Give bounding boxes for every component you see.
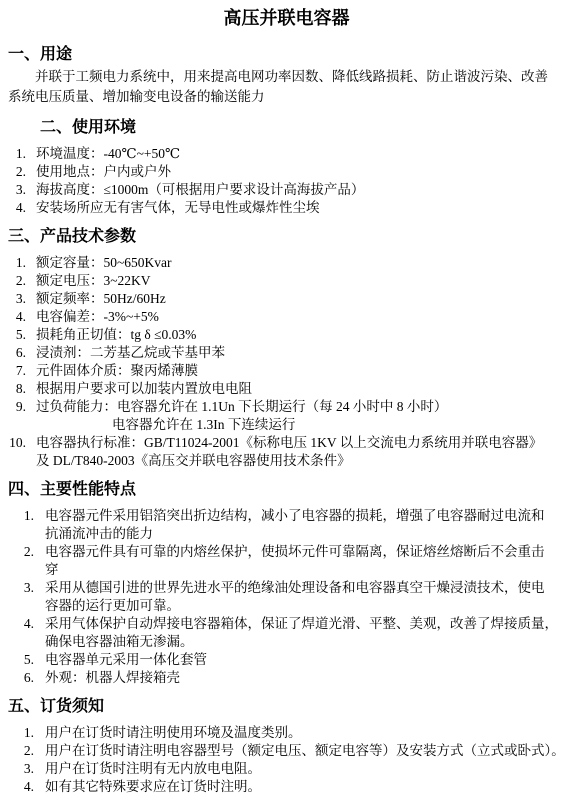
list-item-text: 采用气体保护自动焊接电容器箱体，保证了焊道光滑、平整、美观，改善了焊接质量， 确… bbox=[45, 615, 565, 651]
list-item: 7. 元件固体介质：聚丙烯薄膜 bbox=[8, 362, 565, 380]
parameters-list: 1. 额定容量：50~650Kvar 2. 额定电压：3~22KV 3. 额定频… bbox=[8, 254, 565, 470]
list-item-text: 海拔高度：≤1000m（可根据用户要求设计高海拔产品） bbox=[36, 181, 565, 199]
list-item-number: 6. bbox=[8, 669, 34, 687]
list-item: 10. 电容器执行标准：GB/T11024-2001《标称电压 1KV 以上交流… bbox=[8, 434, 565, 470]
list-item-number: 2. bbox=[8, 163, 26, 181]
list-item-text: 电容器元件采用铝箔突出折边结构，减小了电容器的损耗，增强了电容器耐过电流和 抗涌… bbox=[45, 507, 565, 543]
list-item: 2. 电容器元件具有可靠的内熔丝保护，使损坏元件可靠隔离，保证熔丝熔断后不会重击… bbox=[8, 543, 565, 579]
document-page: 高压并联电容器 一、用途 并联于工频电力系统中，用来提高电网功率因数、降低线路损… bbox=[0, 0, 573, 804]
features-list: 1. 电容器元件采用铝箔突出折边结构，减小了电容器的损耗，增强了电容器耐过电流和… bbox=[8, 507, 565, 687]
list-item: 3. 额定频率：50Hz/60Hz bbox=[8, 290, 565, 308]
list-item-number: 1. bbox=[8, 254, 26, 272]
list-item: 5. 损耗角正切值：tg δ ≤0.03% bbox=[8, 326, 565, 344]
page-title: 高压并联电容器 bbox=[8, 6, 565, 30]
section-parameters: 三、产品技术参数 1. 额定容量：50~650Kvar 2. 额定电压：3~22… bbox=[8, 226, 565, 470]
list-item-number: 3. bbox=[8, 290, 26, 308]
list-item: 1. 额定容量：50~650Kvar bbox=[8, 254, 565, 272]
list-item-number: 3. bbox=[8, 760, 34, 778]
list-item: 9. 过负荷能力：电容器允许在 1.1Un 下长期运行（每 24 小时中 8 小… bbox=[8, 398, 565, 434]
list-item: 1. 用户在订货时请注明使用环境及温度类别。 bbox=[8, 724, 565, 742]
list-item-text: 电容器执行标准：GB/T11024-2001《标称电压 1KV 以上交流电力系统… bbox=[36, 434, 565, 470]
list-item-text: 电容器单元采用一体化套管 bbox=[45, 651, 565, 669]
list-item: 3. 海拔高度：≤1000m（可根据用户要求设计高海拔产品） bbox=[8, 181, 565, 199]
section-purpose: 一、用途 并联于工频电力系统中，用来提高电网功率因数、降低线路损耗、防止谐波污染… bbox=[8, 44, 565, 107]
list-item-text: 额定频率：50Hz/60Hz bbox=[36, 290, 565, 308]
environment-list: 1. 环境温度：-40℃~+50℃ 2. 使用地点：户内或户外 3. 海拔高度：… bbox=[8, 145, 565, 217]
list-item-number: 6. bbox=[8, 344, 26, 362]
list-item-text: 电容偏差：-3%~+5% bbox=[36, 308, 565, 326]
section-features: 四、主要性能特点 1. 电容器元件采用铝箔突出折边结构，减小了电容器的损耗，增强… bbox=[8, 479, 565, 687]
list-item-text: 用户在订货时注明有无内放电电阻。 bbox=[45, 760, 565, 778]
list-item: 1. 电容器元件采用铝箔突出折边结构，减小了电容器的损耗，增强了电容器耐过电流和… bbox=[8, 507, 565, 543]
list-item-text: 外观：机器人焊接箱壳 bbox=[45, 669, 565, 687]
list-item-number: 2. bbox=[8, 272, 26, 290]
list-item-text: 根据用户要求可以加装内置放电电阻 bbox=[36, 380, 565, 398]
list-item-text: 采用从德国引进的世界先进水平的绝缘油处理设备和电容器真空干燥浸渍技术，使电 容器… bbox=[45, 579, 565, 615]
list-item-number: 2. bbox=[8, 543, 34, 579]
ordering-list: 1. 用户在订货时请注明使用环境及温度类别。 2. 用户在订货时请注明电容器型号… bbox=[8, 724, 565, 796]
list-item-number: 3. bbox=[8, 579, 34, 615]
list-item-text: 如有其它特殊要求应在订货时注明。 bbox=[45, 778, 565, 796]
list-item-text: 损耗角正切值：tg δ ≤0.03% bbox=[36, 326, 565, 344]
list-item: 8. 根据用户要求可以加装内置放电电阻 bbox=[8, 380, 565, 398]
list-item-number: 10. bbox=[8, 434, 26, 470]
list-item: 6. 浸渍剂：二芳基乙烷或苄基甲苯 bbox=[8, 344, 565, 362]
list-item-text: 额定电压：3~22KV bbox=[36, 272, 565, 290]
list-item: 3. 采用从德国引进的世界先进水平的绝缘油处理设备和电容器真空干燥浸渍技术，使电… bbox=[8, 579, 565, 615]
list-item: 2. 额定电压：3~22KV bbox=[8, 272, 565, 290]
list-item-text: 环境温度：-40℃~+50℃ bbox=[36, 145, 565, 163]
list-item: 4. 如有其它特殊要求应在订货时注明。 bbox=[8, 778, 565, 796]
list-item-number: 7. bbox=[8, 362, 26, 380]
section-ordering: 五、订货须知 1. 用户在订货时请注明使用环境及温度类别。 2. 用户在订货时请… bbox=[8, 696, 565, 796]
list-item: 1. 环境温度：-40℃~+50℃ bbox=[8, 145, 565, 163]
section-heading-purpose: 一、用途 bbox=[8, 44, 565, 65]
list-item-text: 额定容量：50~650Kvar bbox=[36, 254, 565, 272]
list-item-text: 浸渍剂：二芳基乙烷或苄基甲苯 bbox=[36, 344, 565, 362]
section-heading-parameters: 三、产品技术参数 bbox=[8, 226, 565, 247]
list-item-number: 4. bbox=[8, 308, 26, 326]
list-item-number: 2. bbox=[8, 742, 34, 760]
section-environment: 二、使用环境 1. 环境温度：-40℃~+50℃ 2. 使用地点：户内或户外 3… bbox=[8, 117, 565, 217]
list-item: 4. 安装场所应无有害气体，无导电性或爆炸性尘埃 bbox=[8, 199, 565, 217]
list-item-number: 4. bbox=[8, 778, 34, 796]
list-item-text: 过负荷能力：电容器允许在 1.1Un 下长期运行（每 24 小时中 8 小时） bbox=[36, 398, 565, 416]
list-item-text: 安装场所应无有害气体，无导电性或爆炸性尘埃 bbox=[36, 199, 565, 217]
list-item: 3. 用户在订货时注明有无内放电电阻。 bbox=[8, 760, 565, 778]
list-item: 2. 使用地点：户内或户外 bbox=[8, 163, 565, 181]
list-item-number: 4. bbox=[8, 199, 26, 217]
list-item-text: 电容器元件具有可靠的内熔丝保护，使损坏元件可靠隔离，保证熔丝熔断后不会重击 穿 bbox=[45, 543, 565, 579]
list-item-number: 1. bbox=[8, 145, 26, 163]
list-item-text: 使用地点：户内或户外 bbox=[36, 163, 565, 181]
list-item-number: 1. bbox=[8, 724, 34, 742]
list-item: 4. 采用气体保护自动焊接电容器箱体，保证了焊道光滑、平整、美观，改善了焊接质量… bbox=[8, 615, 565, 651]
section-heading-features: 四、主要性能特点 bbox=[8, 479, 565, 500]
section-heading-environment: 二、使用环境 bbox=[40, 117, 565, 138]
purpose-paragraph: 并联于工频电力系统中，用来提高电网功率因数、降低线路损耗、防止谐波污染、改善 系… bbox=[8, 67, 565, 107]
section-heading-ordering: 五、订货须知 bbox=[8, 696, 565, 717]
list-item-text: 用户在订货时请注明电容器型号（额定电压、额定电容等）及安装方式（立式或卧式）。 bbox=[45, 742, 565, 760]
list-item-number: 5. bbox=[8, 326, 26, 344]
list-item-number: 9. bbox=[8, 398, 26, 434]
list-item: 5. 电容器单元采用一体化套管 bbox=[8, 651, 565, 669]
list-item-number: 1. bbox=[8, 507, 34, 543]
list-item-text: 元件固体介质：聚丙烯薄膜 bbox=[36, 362, 565, 380]
list-item-text: 用户在订货时请注明使用环境及温度类别。 bbox=[45, 724, 565, 742]
list-item: 4. 电容偏差：-3%~+5% bbox=[8, 308, 565, 326]
list-item-text-continued: 电容器允许在 1.3In 下连续运行 bbox=[36, 416, 565, 434]
list-item-number: 4. bbox=[8, 615, 34, 651]
list-item-number: 5. bbox=[8, 651, 34, 669]
list-item: 6. 外观：机器人焊接箱壳 bbox=[8, 669, 565, 687]
list-item: 2. 用户在订货时请注明电容器型号（额定电压、额定电容等）及安装方式（立式或卧式… bbox=[8, 742, 565, 760]
list-item-number: 3. bbox=[8, 181, 26, 199]
list-item-number: 8. bbox=[8, 380, 26, 398]
